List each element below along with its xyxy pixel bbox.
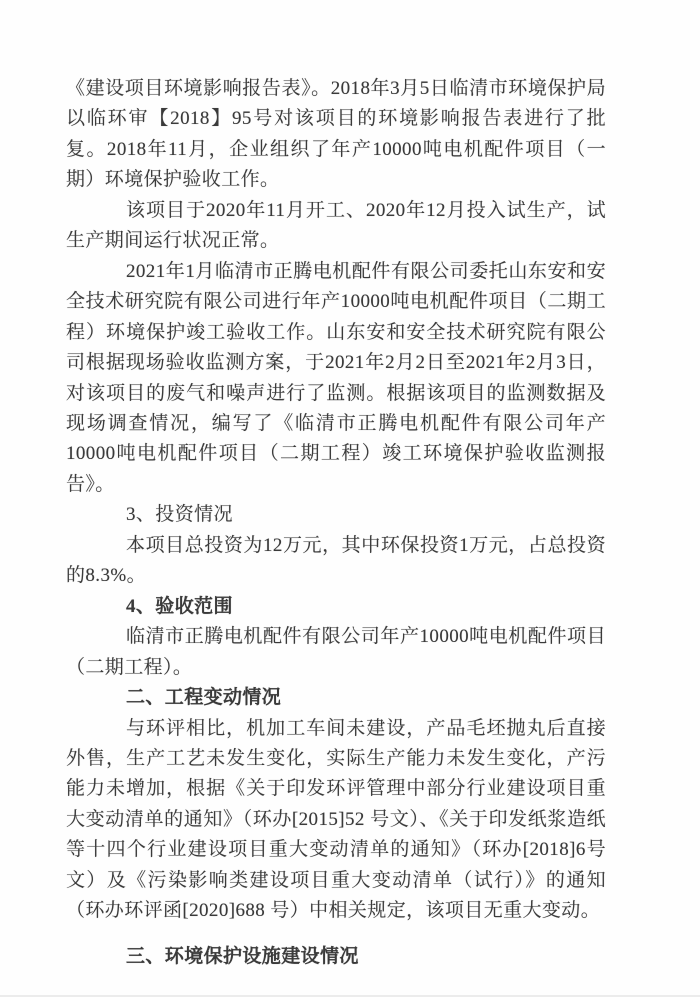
document-page: 《建设项目环境影响报告表》。2018年3月5日临清市环境保护局以临环审【2018… bbox=[0, 0, 700, 997]
document-text-column: 《建设项目环境影响报告表》。2018年3月5日临清市环境保护局以临环审【2018… bbox=[66, 74, 606, 972]
paragraph-acceptance-scope: 临清市正腾电机配件有限公司年产10000吨电机配件项目（二期工程）。 bbox=[66, 622, 606, 683]
paragraph-project-changes: 与环评相比，机加工车间未建设，产品毛坯抛丸后直接外售，生产工艺未发生变化，实际生… bbox=[66, 714, 606, 927]
paragraph-report-approval: 《建设项目环境影响报告表》。2018年3月5日临清市环境保护局以临环审【2018… bbox=[66, 74, 606, 196]
section-heading-env-protection-facilities: 三、环境保护设施建设情况 bbox=[66, 942, 606, 972]
section-heading-project-changes: 二、工程变动情况 bbox=[66, 683, 606, 713]
subheading-investment: 3、投资情况 bbox=[66, 500, 606, 530]
paragraph-acceptance-monitoring: 2021年1月临清市正腾电机配件有限公司委托山东安和安全技术研究院有限公司进行年… bbox=[66, 257, 606, 501]
subheading-acceptance-scope: 4、验收范围 bbox=[66, 592, 606, 622]
paragraph-trial-production: 该项目于2020年11月开工、2020年12月投入试生产，试生产期间运行状况正常… bbox=[66, 196, 606, 257]
paragraph-investment-amount: 本项目总投资为12万元，其中环保投资1万元，占总投资的8.3%。 bbox=[66, 531, 606, 592]
